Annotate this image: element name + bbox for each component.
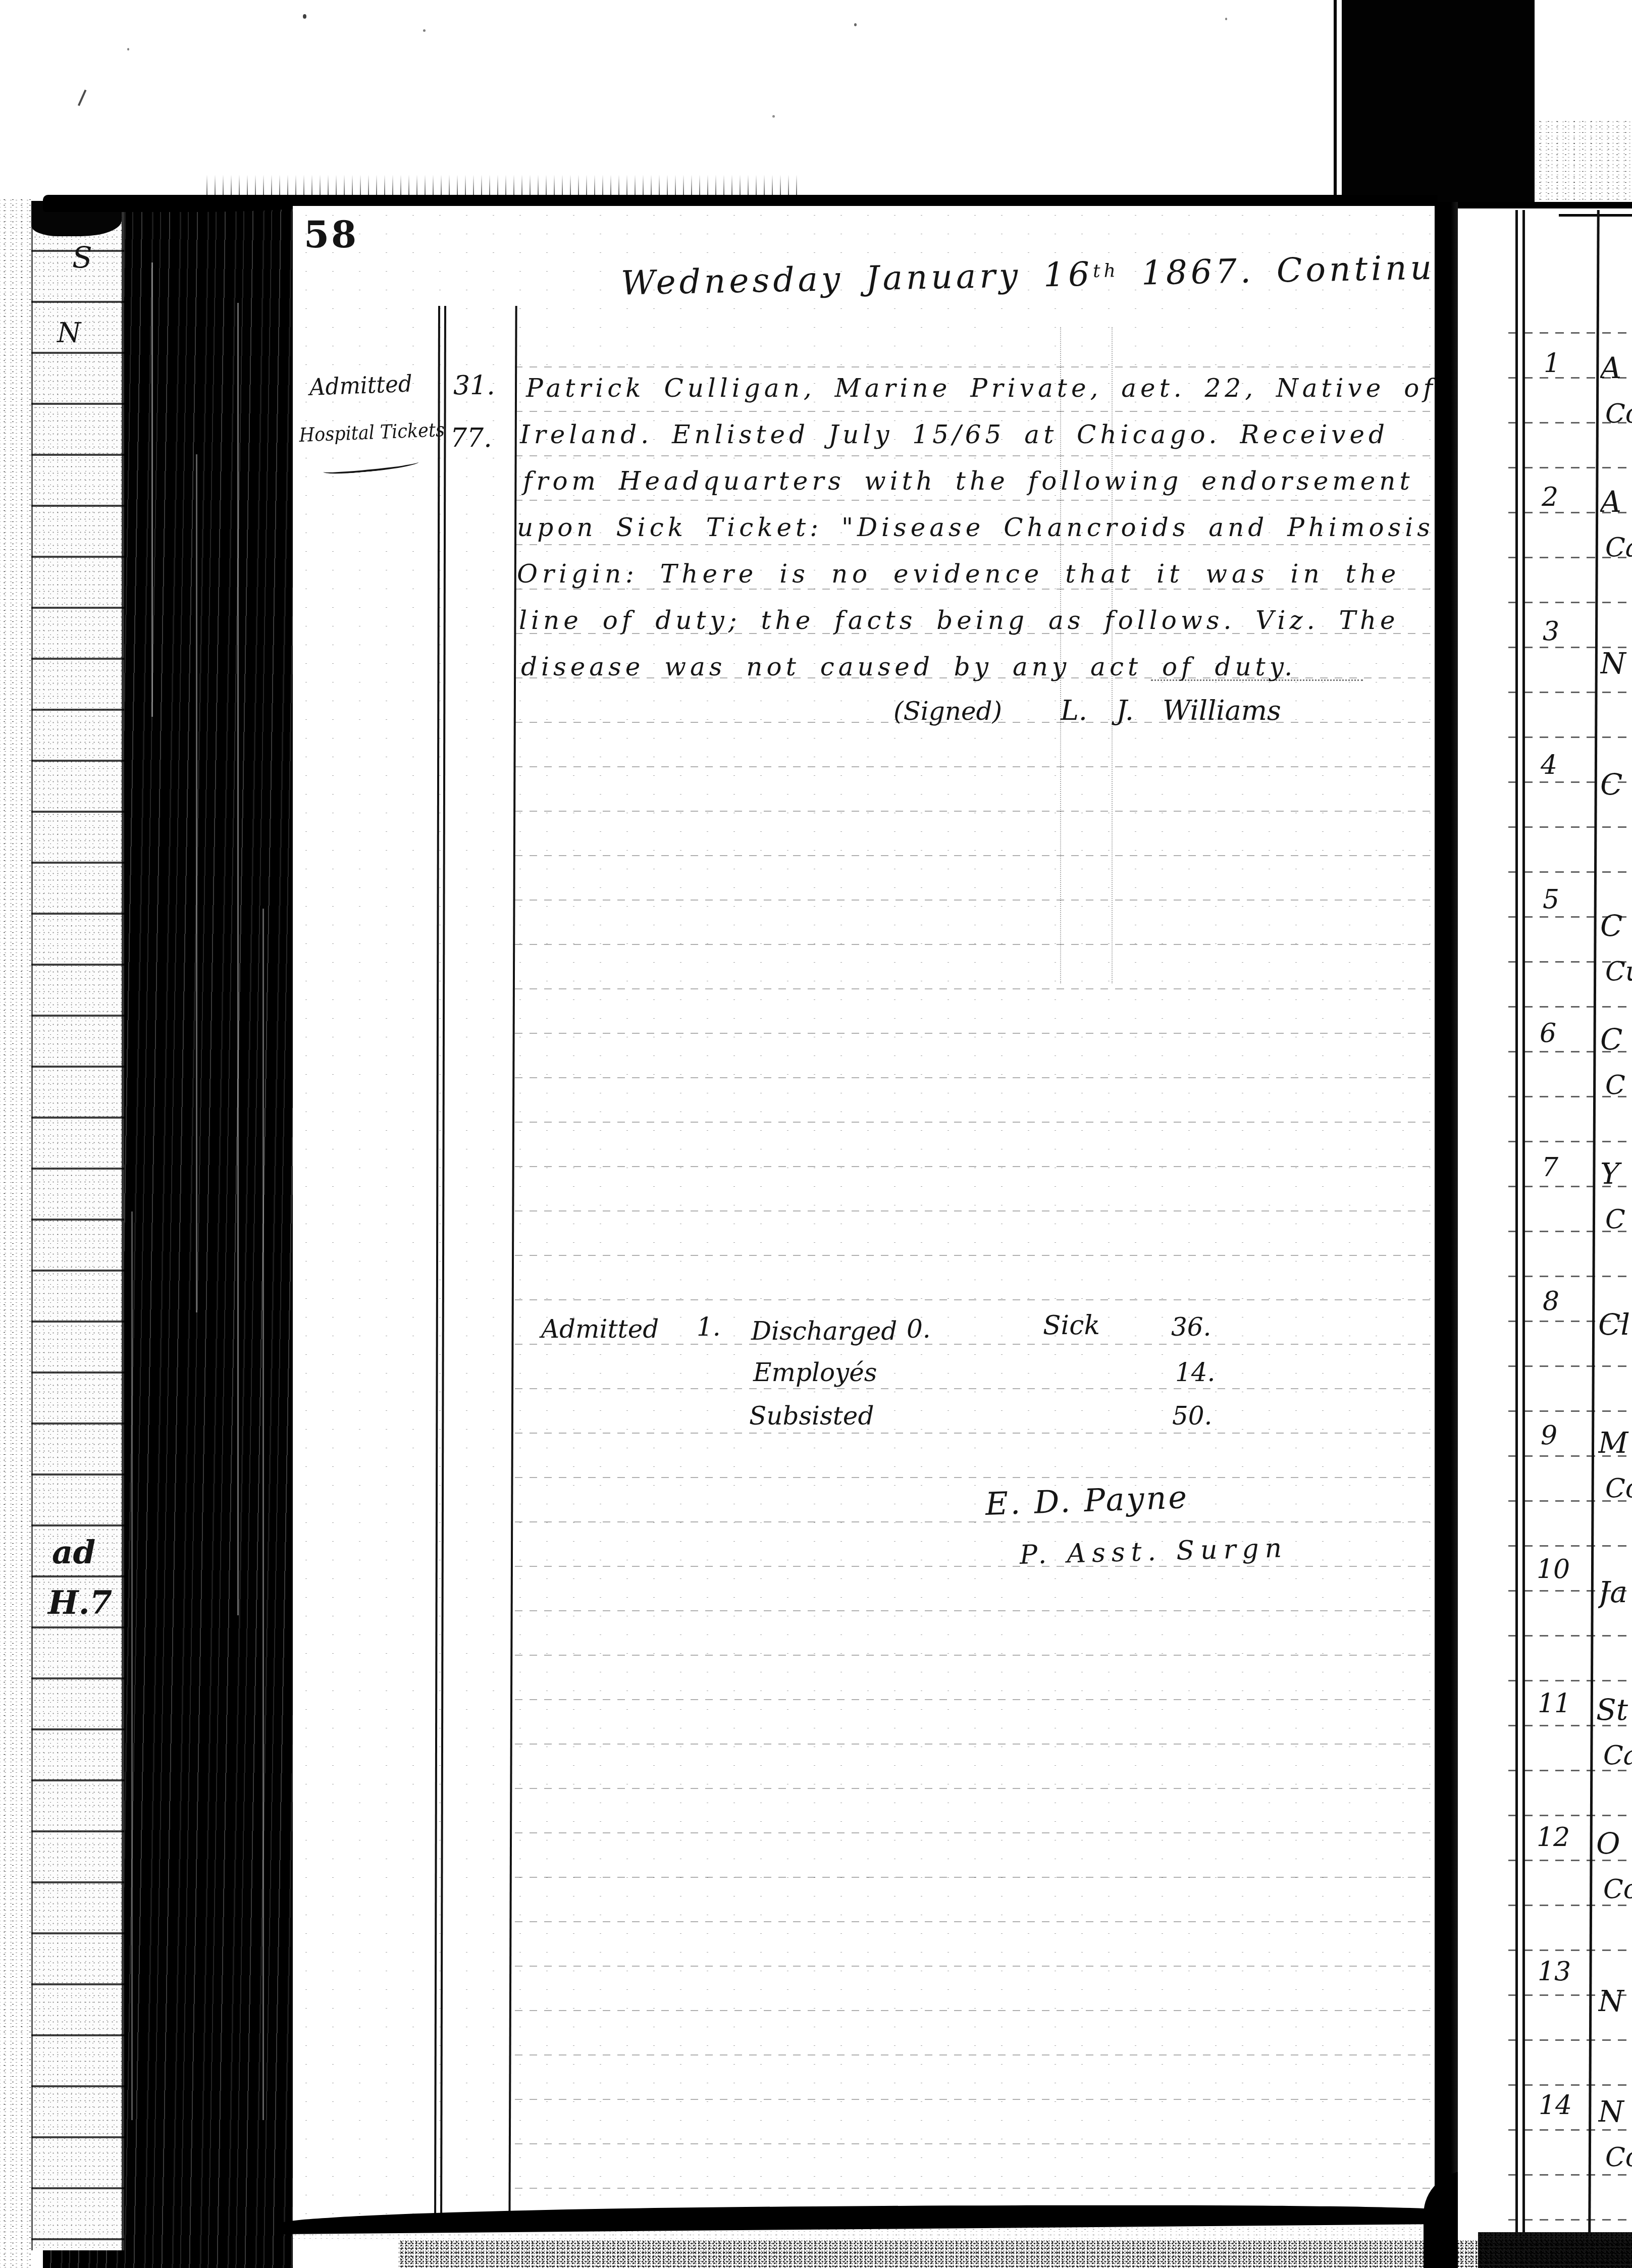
- background-speck: [127, 48, 129, 50]
- row-number: 4: [1541, 750, 1557, 780]
- right-ruled-lines: [1508, 289, 1632, 2227]
- page-number: 58: [304, 213, 358, 256]
- ticket-number: 77.: [450, 423, 492, 453]
- spine-mark: H.7: [48, 1584, 112, 1622]
- page-top-edge-thick: [43, 195, 326, 212]
- row-number: 11: [1538, 1689, 1571, 1719]
- row-number: 2: [1542, 482, 1558, 512]
- summary-subsisted-label: Subsisted: [749, 1401, 874, 1431]
- entry-name-fragment: N: [1600, 646, 1632, 680]
- summary-discharged-value: 0.: [907, 1314, 931, 1344]
- entry-name-fragment: A: [1600, 485, 1632, 519]
- right-column-rule-a: [1515, 210, 1518, 2234]
- entry-co-fragment: Ca: [1603, 1740, 1632, 1771]
- signed-label: (Signed): [893, 697, 1002, 726]
- summary-discharged-label: Discharged: [751, 1316, 897, 1346]
- entry-name-fragment: Ja: [1598, 1575, 1632, 1609]
- entry-co-fragment: Cu: [1605, 957, 1632, 987]
- entry-name-fragment: N: [1598, 2094, 1632, 2129]
- background-speck: [1225, 18, 1227, 20]
- spine-streak: [151, 262, 153, 717]
- margin-label-admitted: Admitted: [309, 370, 413, 401]
- book-top-noise: [202, 175, 798, 195]
- summary-sick-label: Sick: [1043, 1310, 1100, 1341]
- entry-line: Patrick Culligan, Marine Private, aet. 2…: [526, 374, 1437, 403]
- entry-trailing-dots: [1151, 679, 1363, 681]
- right-column-rule-b: [1522, 210, 1525, 2234]
- summary-sick-value: 36.: [1171, 1312, 1212, 1342]
- entry-name-fragment: Y: [1600, 1156, 1632, 1191]
- entry-co-fragment: Co: [1605, 1473, 1632, 1504]
- ticket-number: 31.: [453, 371, 495, 401]
- background-speck: [854, 23, 857, 26]
- row-number: 9: [1541, 1420, 1557, 1451]
- row-number: 14: [1539, 2090, 1572, 2121]
- left-margin-noise: [0, 197, 31, 2268]
- background-speck: [772, 115, 775, 118]
- background-speck: [423, 29, 426, 32]
- entry-co-fragment: Co: [1603, 1874, 1632, 1905]
- background-speck: [78, 89, 94, 109]
- spine-streak: [237, 303, 239, 1615]
- entry-co-fragment: Co: [1605, 399, 1632, 429]
- endorsement-signature: L. J. Williams: [1061, 695, 1281, 726]
- spine-mark: ad: [52, 1534, 95, 1571]
- bottom-edge-noise-2: [283, 2221, 1434, 2240]
- entry-line: Ireland. Enlisted July 15/65 at Chicago.…: [520, 420, 1389, 449]
- entry-line: from Headquarters with the following end…: [523, 466, 1414, 496]
- gutter-top-right-noise: [1536, 119, 1632, 202]
- row-number: 5: [1543, 884, 1559, 915]
- entry-name-fragment: A: [1600, 351, 1632, 385]
- gutter-top-shadow: [1334, 0, 1337, 200]
- entry-name-fragment: O: [1596, 1826, 1632, 1861]
- background-speck: [303, 14, 306, 19]
- header-date-post: 1867. Continued: [1119, 247, 1484, 293]
- gutter-shadow: [1435, 202, 1458, 2246]
- entry-line: line of duty; the facts being as follows…: [519, 606, 1399, 635]
- spine-streak: [262, 909, 264, 2120]
- entry-name-fragment: Cl: [1598, 1307, 1632, 1342]
- row-number: 1: [1544, 348, 1560, 379]
- entry-line: Origin: There is no evidence that it was…: [517, 559, 1400, 589]
- right-ledger-page: 1 A Co 2 A Ca 3 N 4 C 5 C Cu 6 C C: [1458, 202, 1632, 2268]
- entry-name-fragment: C: [1600, 1022, 1632, 1057]
- summary-subsisted-value: 50.: [1172, 1401, 1213, 1431]
- entry-co-fragment: Ca: [1605, 533, 1632, 563]
- row-number: 13: [1538, 1957, 1571, 1987]
- spine-streak: [131, 1211, 133, 2120]
- summary-admitted-label: Admitted: [541, 1314, 659, 1344]
- entry-co-fragment: C: [1605, 1070, 1632, 1100]
- scanned-ledger-page: S N ad H.7 58 Wednesday January 16th 186…: [0, 0, 1632, 2268]
- row-number: 8: [1543, 1286, 1559, 1316]
- left-ledger-page: 58 Wednesday January 16th 1867. Continue…: [293, 206, 1438, 2225]
- summary-employes-value: 14.: [1175, 1358, 1216, 1387]
- row-number: 10: [1537, 1554, 1570, 1585]
- page-grain: [293, 206, 1438, 2225]
- entry-line: upon Sick Ticket: "Disease Chancroids an…: [517, 513, 1446, 542]
- entry-name-fragment: St: [1596, 1693, 1632, 1727]
- summary-admitted-value: 1.: [697, 1312, 721, 1342]
- bottom-edge-noise: [399, 2240, 1632, 2268]
- gutter-top-block: [1342, 0, 1535, 205]
- entry-line: disease was not caused by any act of dut…: [521, 652, 1296, 681]
- entry-co-fragment: Co: [1605, 2142, 1632, 2173]
- row-number: 7: [1542, 1152, 1558, 1183]
- spine-streak: [196, 454, 197, 1312]
- header-date-ordinal: th: [1092, 259, 1119, 282]
- row-number: 6: [1540, 1018, 1556, 1048]
- entry-co-fragment: C: [1605, 1204, 1632, 1235]
- signed-line: (Signed) L. J. Williams: [893, 695, 1281, 726]
- spine-mark: N: [57, 317, 81, 349]
- entry-name-fragment: M: [1598, 1426, 1632, 1460]
- summary-employes-label: Employés: [753, 1358, 877, 1387]
- row-number: 3: [1543, 616, 1559, 647]
- right-page-top-edge-2: [1559, 214, 1632, 217]
- spine-mark: S: [72, 240, 92, 275]
- entry-name-fragment: N: [1598, 1984, 1632, 2018]
- row-number: 12: [1537, 1822, 1570, 1853]
- surgeon-signature-name: E. D. Payne: [985, 1479, 1189, 1522]
- right-page-top-edge: [1458, 202, 1632, 208]
- entry-name-fragment: C: [1600, 909, 1632, 943]
- page-fore-edge: S N ad H.7: [31, 201, 124, 2250]
- entry-name-fragment: C: [1600, 767, 1632, 802]
